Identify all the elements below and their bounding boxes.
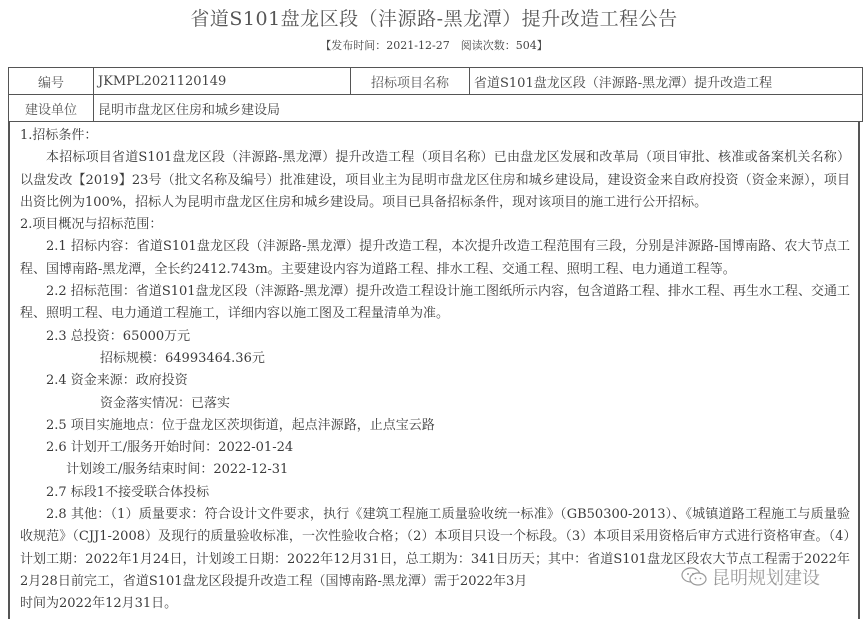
tender-conditions-text: 本招标项目省道S101盘龙区段（沣源路-黑龙潭）提升改造工程（项目名称）已由盘龙… xyxy=(20,147,850,214)
other-info-end-text: 时间为2022年12月31日。 xyxy=(20,593,850,615)
value-construction-unit: 昆明市盘龙区住房和城乡建设局 xyxy=(94,95,863,122)
publish-meta: 【发布时间：2021-12-27 阅读次数：504】 xyxy=(0,37,868,53)
planned-end-text: 计划竣工/服务结束时间：2022-12-31 xyxy=(20,459,850,481)
section-heading-project-overview: 2.项目概况与招标范围： xyxy=(20,214,850,236)
value-number: JKMPL2021120149 xyxy=(94,68,351,95)
project-info-table: 编号 JKMPL2021120149 招标项目名称 省道S101盘龙区段（沣源路… xyxy=(8,67,863,122)
page-title: 省道S101盘龙区段（沣源路-黑龙潭）提升改造工程公告 xyxy=(0,4,868,31)
planned-start-text: 2.6 计划开工/服务开始时间：2022-01-24 xyxy=(20,437,850,459)
label-construction-unit: 建设单位 xyxy=(9,95,94,122)
consortium-text: 2.7 标段1不接受联合体投标 xyxy=(20,482,850,504)
announcement-body: 1.招标条件： 本招标项目省道S101盘龙区段（沣源路-黑龙潭）提升改造工程（项… xyxy=(8,121,860,619)
wechat-icon xyxy=(680,566,708,588)
table-row: 编号 JKMPL2021120149 招标项目名称 省道S101盘龙区段（沣源路… xyxy=(9,68,863,95)
fund-status-text: 资金落实情况：已落实 xyxy=(20,393,850,415)
watermark: 昆明规划建设 xyxy=(680,564,820,590)
total-investment-text: 2.3 总投资：65000万元 xyxy=(20,326,850,348)
section-heading-tender-conditions: 1.招标条件： xyxy=(20,125,850,147)
label-number: 编号 xyxy=(9,68,94,95)
value-project-name: 省道S101盘龙区段（沣源路-黑龙潭）提升改造工程 xyxy=(470,68,863,95)
project-location-text: 2.5 项目实施地点：位于盘龙区茨坝街道，起点沣源路，止点宝云路 xyxy=(20,415,850,437)
fund-source-text: 2.4 资金来源：政府投资 xyxy=(20,370,850,392)
label-project-name: 招标项目名称 xyxy=(351,68,470,95)
tender-scale-text: 招标规模：64993464.36元 xyxy=(20,348,850,370)
tender-scope-text: 2.2 招标范围：省道S101盘龙区段（沣源路-黑龙潭）提升改造工程设计施工图纸… xyxy=(20,281,850,326)
table-row: 建设单位 昆明市盘龙区住房和城乡建设局 xyxy=(9,95,863,122)
watermark-text: 昆明规划建设 xyxy=(712,564,820,590)
tender-content-text: 2.1 招标内容：省道S101盘龙区段（沣源路-黑龙潭）提升改造工程，本次提升改… xyxy=(20,236,850,281)
